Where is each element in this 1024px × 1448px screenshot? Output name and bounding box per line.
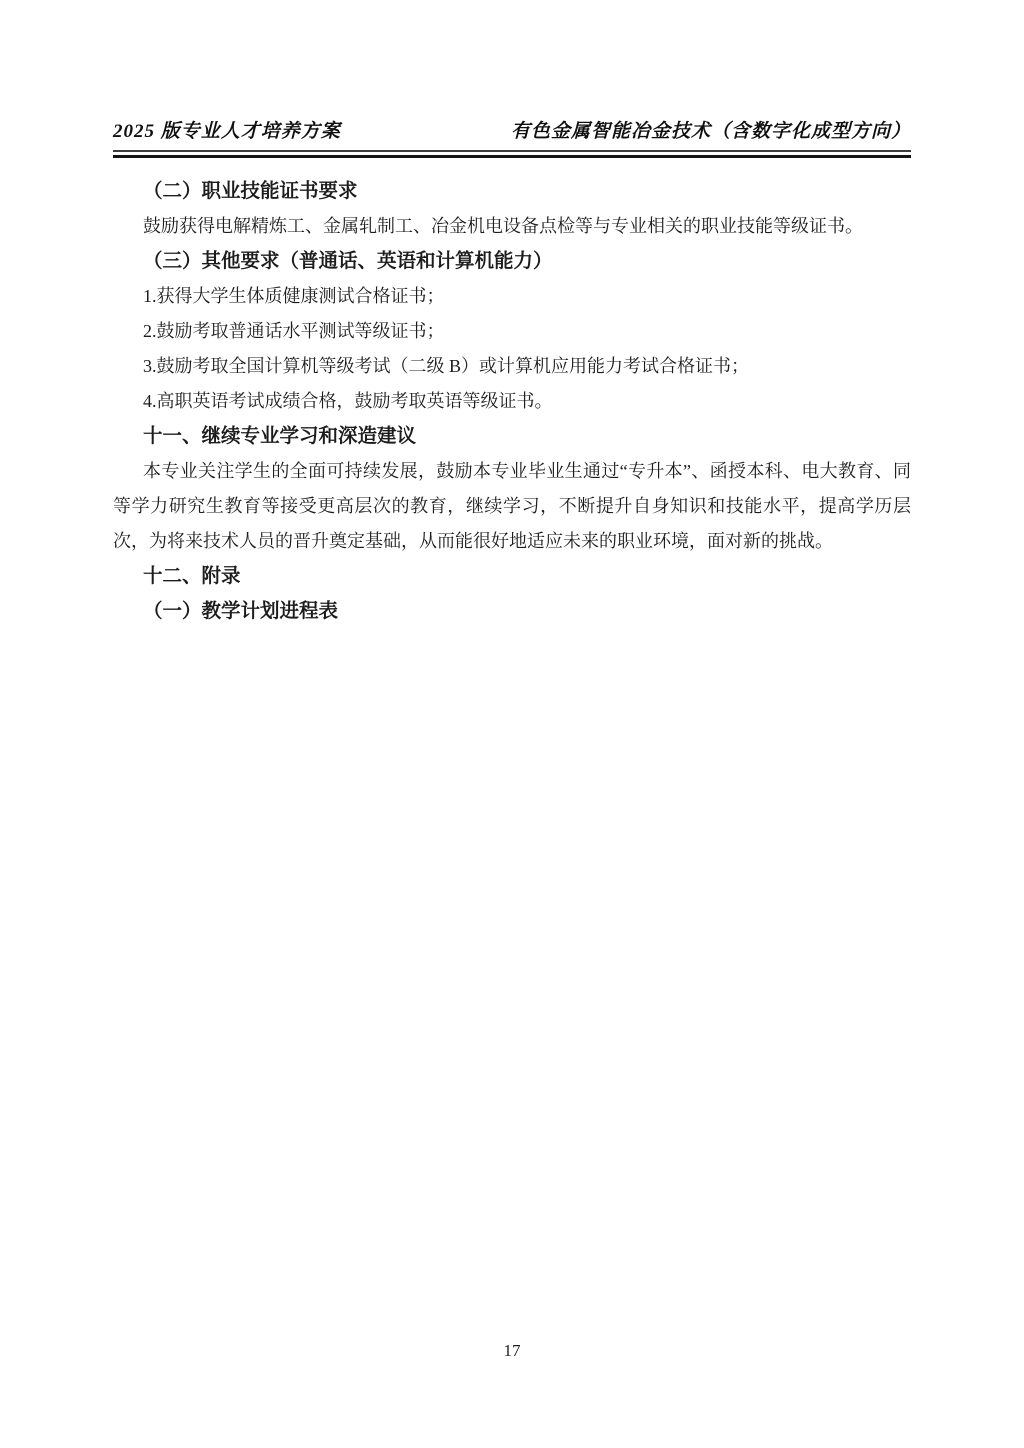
numbered-heading-continuing-study: 十一、继续专业学习和深造建议 — [113, 419, 911, 454]
document-page: 2025 版专业人才培养方案 有色金属智能冶金技术（含数字化成型方向） （二）职… — [0, 0, 1024, 1448]
sub-heading-teaching-plan-table: （一）教学计划进程表 — [113, 594, 911, 629]
header-row: 2025 版专业人才培养方案 有色金属智能冶金技术（含数字化成型方向） — [113, 121, 911, 143]
sub-heading-vocational-certificates: （二）职业技能证书要求 — [113, 174, 911, 209]
sub-heading-other-requirements: （三）其他要求（普通话、英语和计算机能力） — [113, 244, 911, 279]
page-header: 2025 版专业人才培养方案 有色金属智能冶金技术（含数字化成型方向） — [0, 0, 1024, 158]
paragraph-continuing-study: 本专业关注学生的全面可持续发展，鼓励本专业毕业生通过“专升本”、函授本科、电大教… — [113, 454, 911, 559]
header-double-rule — [113, 150, 911, 158]
page-number: 17 — [504, 1341, 521, 1360]
body-line-item-1: 1.获得大学生体质健康测试合格证书； — [113, 279, 911, 314]
body-line-item-2: 2.鼓励考取普通话水平测试等级证书； — [113, 314, 911, 349]
numbered-heading-appendix: 十二、附录 — [113, 559, 911, 594]
header-left-title: 2025 版专业人才培养方案 — [113, 121, 341, 143]
header-right-title: 有色金属智能冶金技术（含数字化成型方向） — [511, 121, 911, 143]
body-line-item-4: 4.高职英语考试成绩合格，鼓励考取英语等级证书。 — [113, 384, 911, 419]
body-line-certificate-encouragement: 鼓励获得电解精炼工、金属轧制工、冶金机电设备点检等与专业相关的职业技能等级证书。 — [113, 209, 911, 244]
document-body: （二）职业技能证书要求 鼓励获得电解精炼工、金属轧制工、冶金机电设备点检等与专业… — [113, 174, 911, 629]
page-footer: 17 — [0, 1341, 1024, 1361]
body-line-item-3: 3.鼓励考取全国计算机等级考试（二级 B）或计算机应用能力考试合格证书； — [113, 349, 911, 384]
